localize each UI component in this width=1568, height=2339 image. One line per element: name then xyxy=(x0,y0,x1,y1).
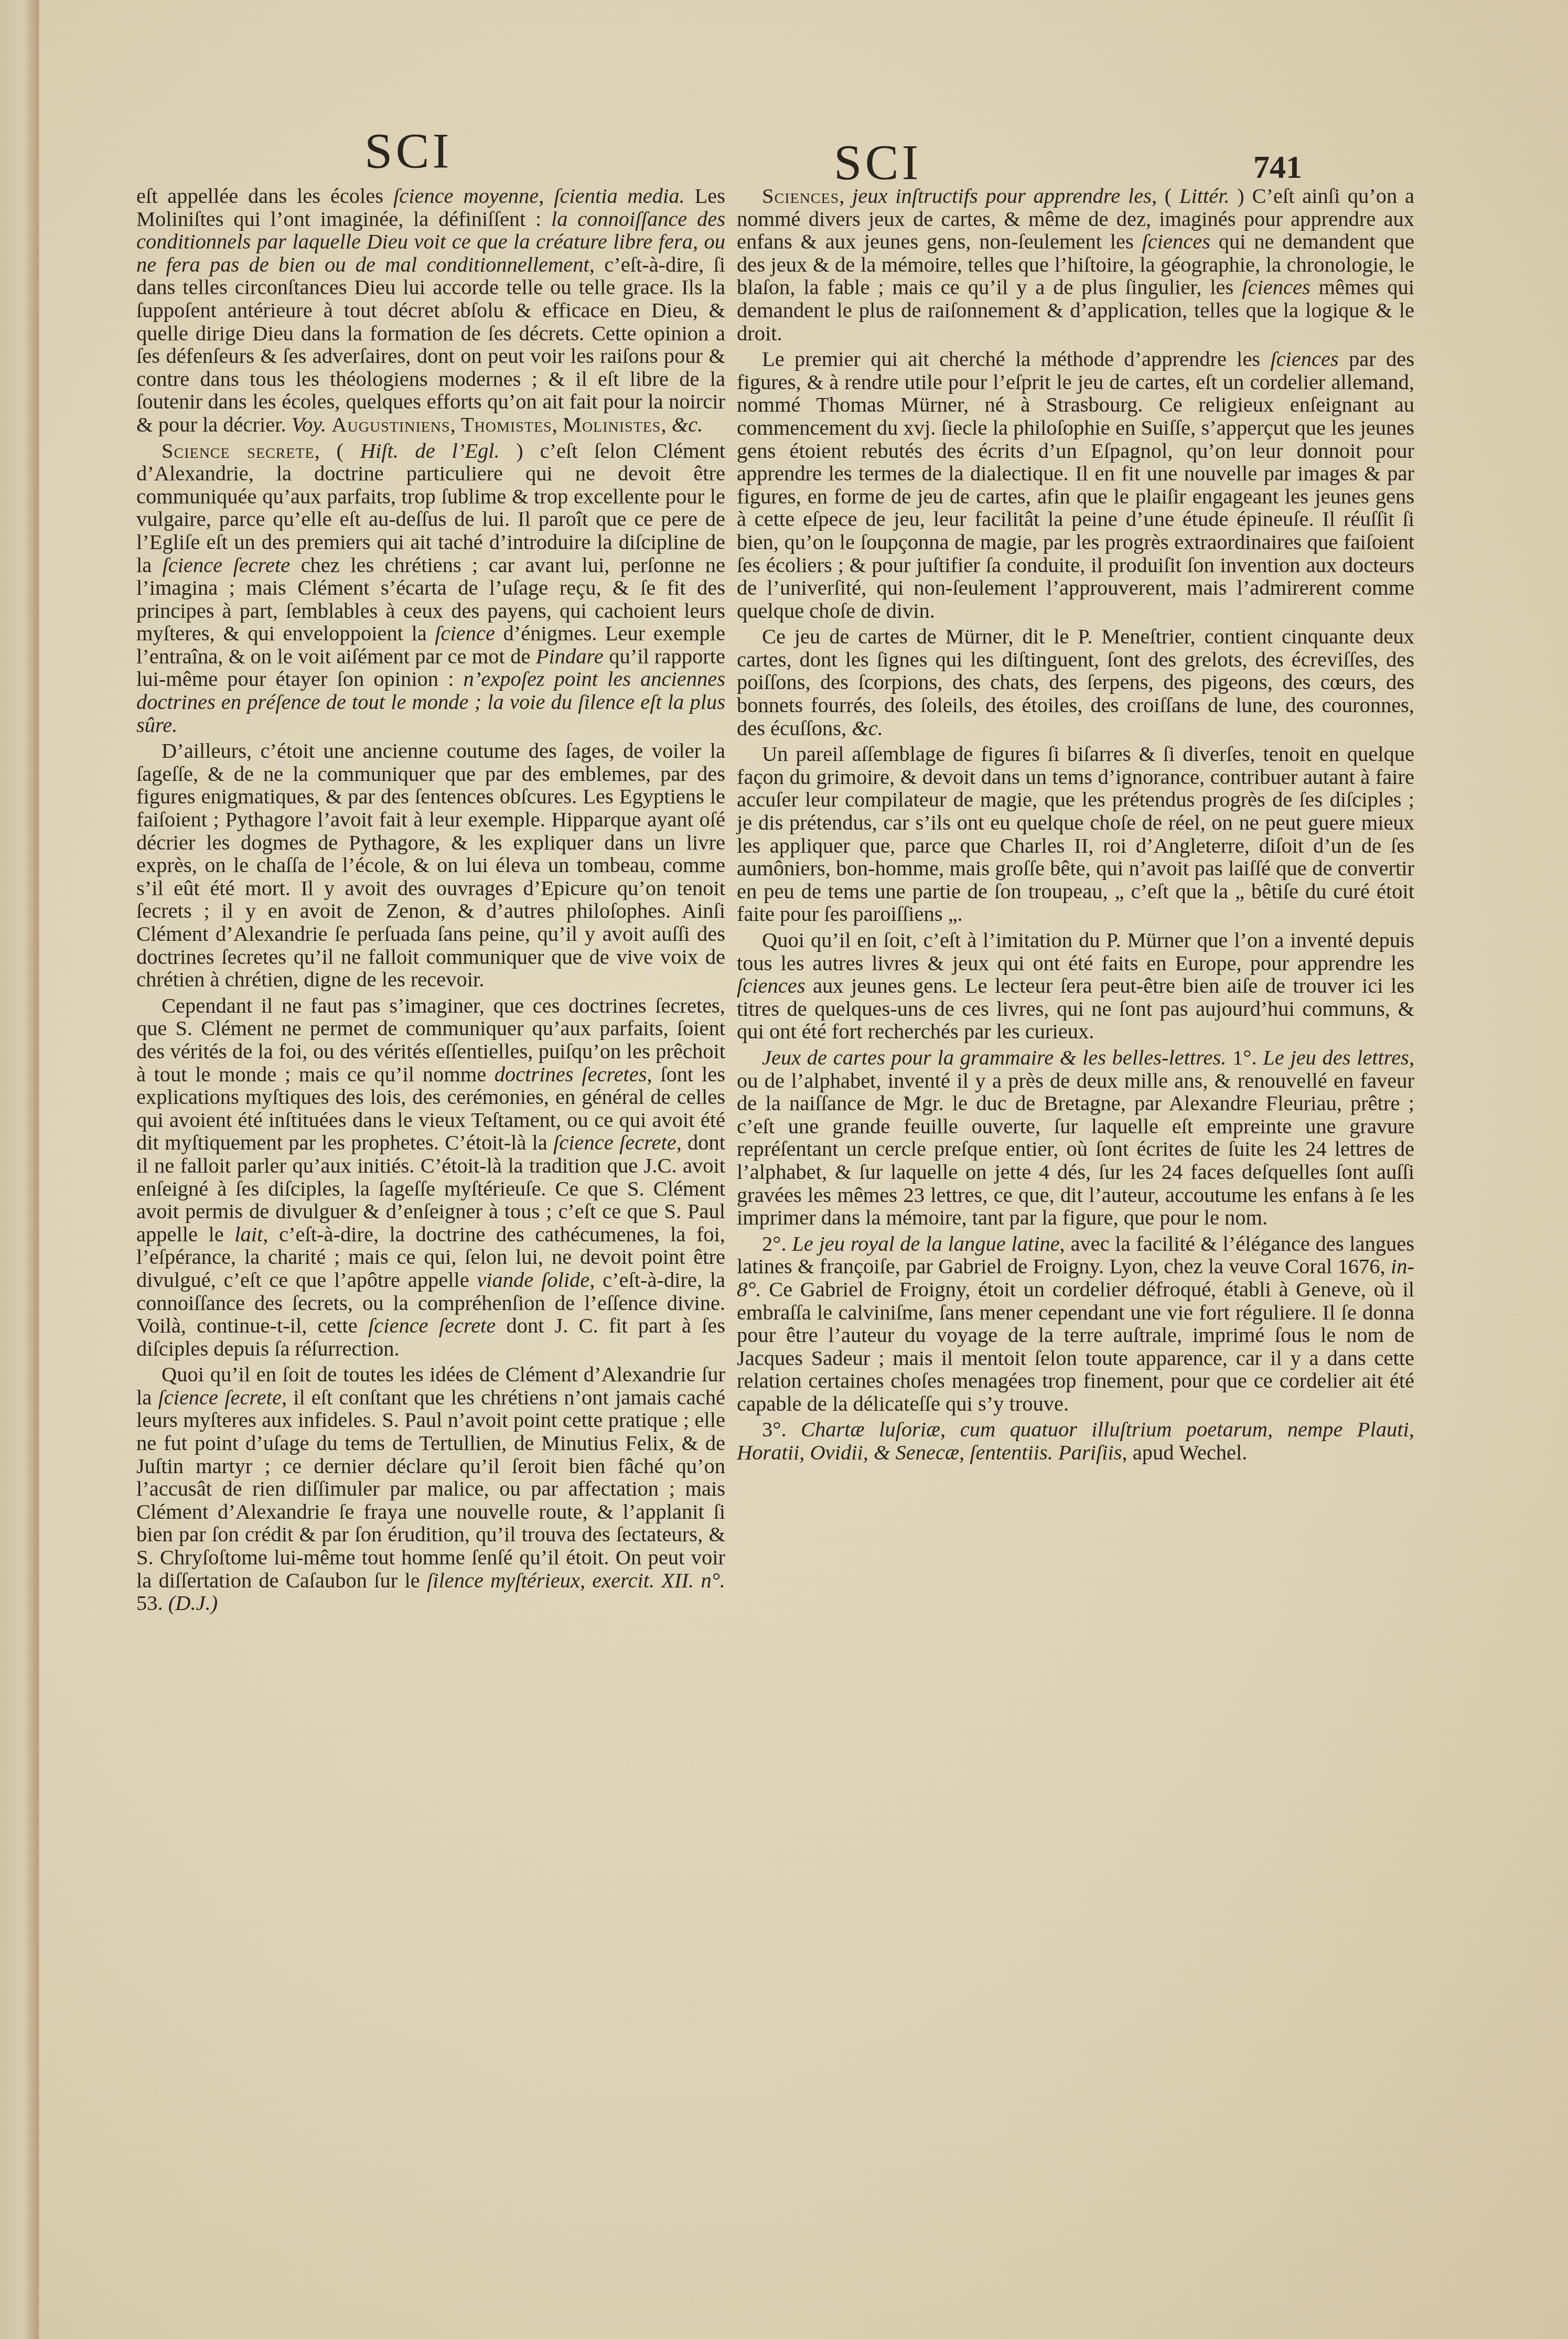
italic-text: Voy. xyxy=(292,413,326,436)
italic-text: &c. xyxy=(852,716,883,740)
paragraph: Quoi qu’il en ſoit, c’eſt à l’imitation … xyxy=(737,929,1414,1043)
body-text: , ou de l’alphabet, inventé il y a près … xyxy=(737,1046,1414,1229)
italic-text: Hiſt. de l’Egl. xyxy=(360,439,500,463)
body-text: 1°. xyxy=(1226,1046,1263,1069)
italic-text: Chartæ luſoriæ, cum quatuor illuſtrium p… xyxy=(737,1418,1414,1464)
italic-text: ſcientia media. xyxy=(554,184,684,208)
body-text: 2°. xyxy=(762,1232,792,1256)
paragraph: Quoi qu’il en ſoit de toutes les idées d… xyxy=(136,1363,725,1615)
italic-text: Le jeu royal de la langue latine xyxy=(792,1232,1059,1256)
body-text: , xyxy=(539,184,554,208)
italic-text: ſciences xyxy=(737,974,805,997)
italic-text: ſcience xyxy=(435,621,495,645)
body-text: Quoi qu’il en ſoit, c’eſt à l’imitation … xyxy=(737,928,1414,975)
paragraph: 2°. Le jeu royal de la langue latine, av… xyxy=(737,1232,1414,1415)
italic-text: Pindare xyxy=(536,645,604,668)
italic-text: doctrines ſecretes xyxy=(495,1063,647,1086)
entry-headword: Science secrete xyxy=(162,439,315,463)
italic-text: jeux inſtructifs pour apprendre les xyxy=(852,184,1152,208)
body-text: par des figures, & à rendre utile pour l… xyxy=(737,347,1414,623)
italic-text: ſciences xyxy=(1242,275,1310,299)
italic-text: (D.J.) xyxy=(168,1591,218,1615)
italic-text: &c. xyxy=(672,413,703,436)
body-text: Le premier qui ait cherché la méthode d’… xyxy=(762,347,1270,371)
italic-text: ſilence myſtérieux, exercit. XII. n°. xyxy=(427,1569,725,1592)
entry-headword: Sciences xyxy=(762,184,839,208)
right-column: Sciences, jeux inſtructifs pour apprendr… xyxy=(737,185,1414,1464)
italic-text: ſcience ſecrete xyxy=(553,1131,676,1154)
body-text: Ce jeu de cartes de Mürner, dit le P. Me… xyxy=(737,625,1414,739)
body-text: 3°. xyxy=(762,1418,801,1441)
paragraph: Le premier qui ait cherché la méthode d’… xyxy=(737,348,1414,622)
body-text: , xyxy=(552,413,563,436)
italic-text: ſcience ſecrete xyxy=(368,1314,496,1337)
body-text: D’ailleurs, c’étoit une ancienne coutume… xyxy=(136,739,725,991)
paragraph: Science secrete, ( Hiſt. de l’Egl. ) c’e… xyxy=(136,439,725,737)
body-text: , ( xyxy=(315,439,360,463)
paragraph: Un pareil aſſemblage de figures ſi biſar… xyxy=(737,743,1414,926)
italic-text: ſciences xyxy=(1142,230,1210,253)
paragraph: eſt appellée dans les écoles ſcience moy… xyxy=(136,185,725,436)
paragraph: Jeux de cartes pour la grammaire & les b… xyxy=(737,1046,1414,1229)
entry-headword: Molinistes xyxy=(563,413,661,436)
paragraph: 3°. Chartæ luſoriæ, cum quatuor illuſtri… xyxy=(737,1418,1414,1464)
left-running-head: SCI xyxy=(364,126,452,176)
italic-text: ſcience ſecrete xyxy=(163,553,291,577)
body-text: , xyxy=(661,413,671,436)
book-spine-edge xyxy=(0,0,39,2339)
body-text: , xyxy=(839,184,852,208)
right-running-head: SCI xyxy=(834,137,921,188)
page-number: 741 xyxy=(1253,151,1302,184)
body-text: 53. xyxy=(136,1591,168,1615)
italic-text: lait xyxy=(234,1222,263,1246)
body-text: eſt appellée dans les écoles xyxy=(136,184,393,208)
italic-text: Jeux de cartes pour la grammaire & les b… xyxy=(762,1046,1226,1069)
italic-text: Littér. xyxy=(1179,184,1230,208)
italic-text: ſcience moyenne xyxy=(393,184,539,208)
body-text: , c’eſt-à-dire, ſi dans telles circonſta… xyxy=(136,253,725,436)
paragraph: Ce jeu de cartes de Mürner, dit le P. Me… xyxy=(737,625,1414,739)
body-text: , il eſt conſtant que les chrétiens n’on… xyxy=(136,1386,725,1592)
entry-headword: Thomistes xyxy=(461,413,552,436)
italic-text: ſcience ſecrete xyxy=(158,1386,282,1409)
entry-headword: Augustiniens xyxy=(331,413,450,436)
paragraph: Cependant il ne faut pas s’imaginer, que… xyxy=(136,994,725,1360)
paragraph: Sciences, jeux inſtructifs pour apprendr… xyxy=(737,185,1414,345)
paragraph: D’ailleurs, c’étoit une ancienne coutume… xyxy=(136,739,725,991)
italic-text: ſciences xyxy=(1270,347,1338,371)
italic-text: viande ſolide xyxy=(477,1268,589,1292)
body-text: Ce Gabriel de Froigny, étoit un cordelie… xyxy=(737,1278,1414,1415)
body-text: , ( xyxy=(1152,184,1179,208)
body-text: , apud Wechel. xyxy=(1122,1441,1248,1464)
italic-text: Le jeu des lettres xyxy=(1263,1046,1409,1069)
body-text: Un pareil aſſemblage de figures ſi biſar… xyxy=(737,742,1414,926)
left-column: eſt appellée dans les écoles ſcience moy… xyxy=(136,185,725,1615)
body-text: , xyxy=(450,413,461,436)
body-text xyxy=(326,413,331,436)
body-text: aux jeunes gens. Le lecteur ſera peut-êt… xyxy=(737,974,1414,1043)
